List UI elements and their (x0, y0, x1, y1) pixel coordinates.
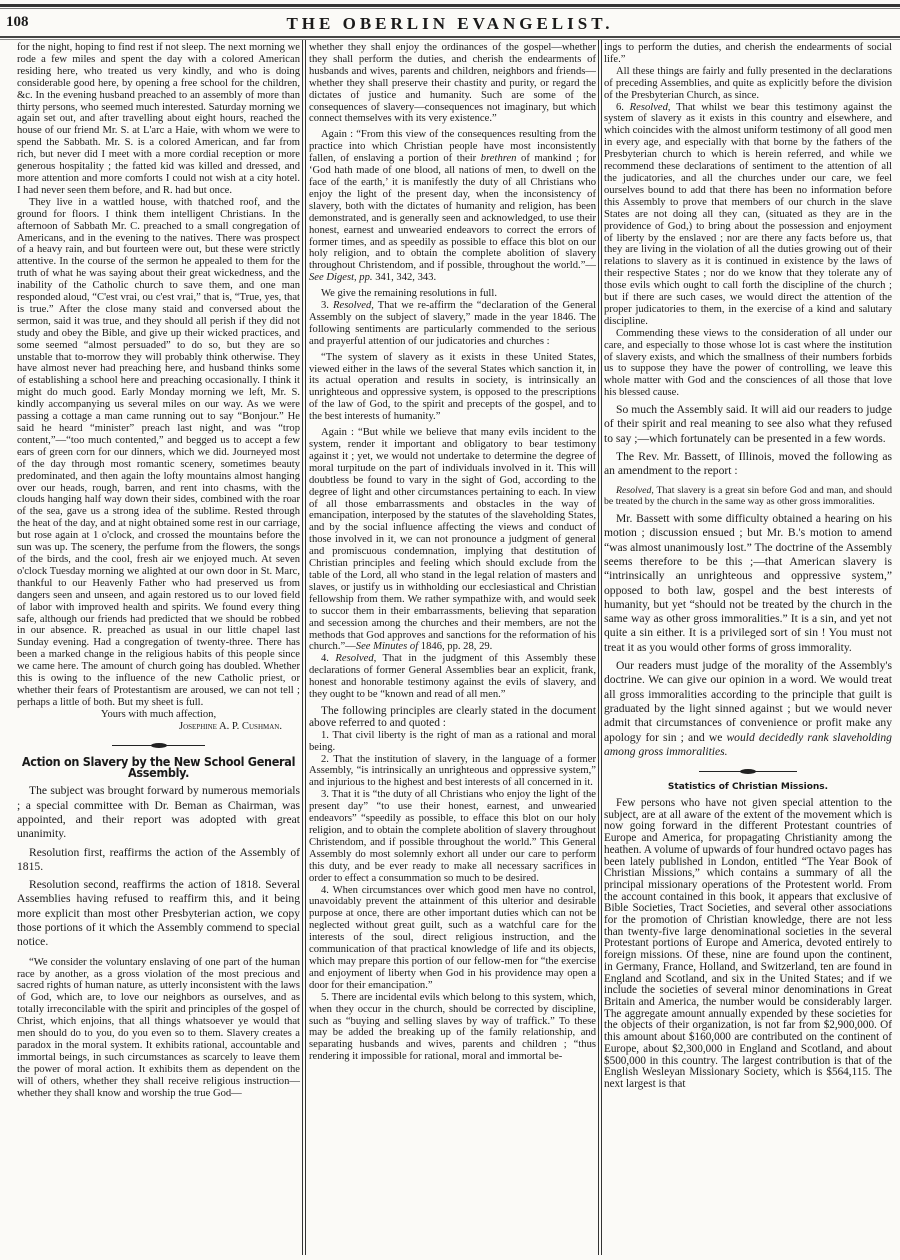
bassett-amendment: Resolved, That slavery is a great sin be… (604, 485, 892, 507)
letter-closing: Yours with much affection, (17, 709, 300, 721)
resolved-label: Resolved (335, 653, 373, 664)
quote-paragraph: Again : “From this view of the consequen… (309, 129, 596, 284)
top-rule-thin (0, 8, 900, 9)
resolution-number: 6. (616, 102, 630, 113)
article-divider (604, 767, 892, 776)
resolution-number: 3. (321, 300, 333, 311)
paragraph: The Rev. Mr. Bassett, of Illinois, moved… (604, 450, 892, 479)
column-divider (305, 40, 306, 1255)
emphasis: brethren (481, 153, 517, 164)
quoted-resolution-1818: “We consider the voluntary enslaving of … (17, 957, 300, 1100)
editorial-section: So much the Assembly said. It will aid o… (604, 403, 892, 478)
principle: 3. That it is “the duty of all Christian… (309, 789, 596, 884)
principles-intro: The following principles are clearly sta… (309, 705, 596, 730)
article-divider (17, 741, 300, 750)
text: , That whilst we bear this testimony aga… (604, 102, 892, 327)
top-rule (0, 4, 900, 7)
article-paragraph: Resolution second, reaffirms the action … (17, 878, 300, 949)
text: Again : “But while we believe that many … (309, 427, 596, 652)
article-paragraph: Resolution first, reaffirms the action o… (17, 846, 300, 875)
article-intro: The subject was brought forward by numer… (17, 784, 300, 949)
masthead-title: THE OBERLIN EVANGELIST. (0, 14, 900, 34)
article-title: Action on Slavery by the New School Gene… (17, 756, 300, 780)
paragraph: Our readers must judge of the morality o… (604, 659, 892, 759)
paragraph: Mr. Bassett with some difficulty obtaine… (604, 512, 892, 655)
column-divider (598, 40, 599, 1255)
column-1: for the night, hoping to find rest if no… (17, 42, 300, 1100)
column-divider (302, 40, 303, 1255)
citation: See Digest, pp. (309, 272, 373, 283)
article-title: Statistics of Christian Missions. (604, 782, 892, 794)
letter-paragraph: for the night, hoping to find rest if no… (17, 42, 300, 197)
resolved-label: Resolved (616, 485, 651, 496)
header-rule-thin (0, 39, 900, 40)
paragraph: We give the remaining resolutions in ful… (309, 288, 596, 300)
text: of mankind ; for ‘God hath made of one b… (309, 153, 596, 271)
resolution-number: 4. (321, 653, 335, 664)
article-paragraph: Few persons who have not given special a… (604, 798, 892, 1091)
principle: 4. When circumstances over which good me… (309, 885, 596, 992)
header-rule (0, 36, 900, 38)
page-header: 108 THE OBERLIN EVANGELIST. (0, 14, 900, 36)
principle: 2. That the institution of slavery, in t… (309, 754, 596, 790)
citation-pages: 1846, pp. 28, 29. (418, 641, 492, 652)
quote-1846-again: Again : “But while we believe that many … (309, 427, 596, 653)
letter-paragraph: They live in a wattled house, with thatc… (17, 197, 300, 709)
quote-1846: “The system of slavery as it exists in t… (309, 352, 596, 423)
citation-pages: 341, 342, 343. (373, 272, 437, 283)
quote-continuation: whether they shall enjoy the ordinances … (309, 42, 596, 125)
column-3: ings to perform the duties, and cherish … (604, 42, 892, 1091)
principle: 1. That civil liberty is the right of ma… (309, 730, 596, 754)
resolved-label: Resolved (630, 102, 668, 113)
principle: 5. There are incidental evils which belo… (309, 992, 596, 1063)
resolution-3: 3. Resolved, That we re-affirm the “decl… (309, 300, 596, 348)
letter-signature: Josephine A. P. Cushman. (17, 721, 300, 733)
resolved-label: Resolved (333, 300, 371, 311)
editorial-section: Mr. Bassett with some difficulty obtaine… (604, 512, 892, 759)
quote-continuation: ings to perform the duties, and cherish … (604, 42, 892, 66)
paragraph: Commending these views to the considerat… (604, 328, 892, 399)
paragraph: So much the Assembly said. It will aid o… (604, 403, 892, 446)
paragraph: All these things are fairly and fully pr… (604, 66, 892, 102)
citation: See Minutes of (356, 641, 418, 652)
column-2: whether they shall enjoy the ordinances … (309, 42, 596, 1063)
article-paragraph: The subject was brought forward by numer… (17, 784, 300, 841)
column-divider (601, 40, 602, 1255)
resolution-6: 6. Resolved, That whilst we bear this te… (604, 102, 892, 328)
resolution-4: 4. Resolved, That in the judgment of thi… (309, 653, 596, 701)
